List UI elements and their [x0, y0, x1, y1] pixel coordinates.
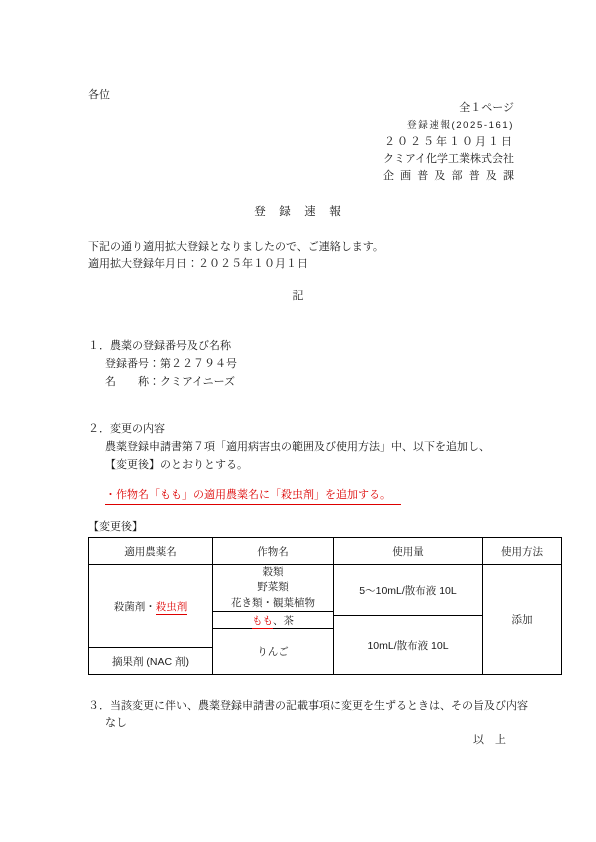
- crop-vegetables: 野菜類: [231, 580, 315, 596]
- table-header-crop: 作物名: [213, 538, 333, 565]
- crop-peach-red: もも: [252, 615, 273, 629]
- document-title: 登 録 速 報: [0, 203, 596, 219]
- agent-cell: 殺菌剤・殺虫剤: [89, 565, 212, 648]
- crops-group-cell: 穀類 野菜類 花き類・観葉植物: [213, 565, 333, 612]
- intro-line-1: 下記の通り適用拡大登録となりましたので、ご連絡します。: [88, 238, 384, 254]
- table-header-dosage: 使用量: [334, 538, 482, 565]
- method-cell: 添加: [483, 565, 561, 674]
- header-meta-block: 全１ページ 登録速報(2025-161) ２０２５年１０月１日 クミアイ化学工業…: [383, 100, 514, 185]
- crop-tea: 、茶: [273, 615, 294, 627]
- record-mark: 記: [0, 287, 596, 303]
- dosage-cell-1: 5～10mL/散布液 10L: [334, 565, 482, 616]
- column-dosage: 使用量 5～10mL/散布液 10L 10mL/散布液 10L: [334, 538, 483, 674]
- table-header-method: 使用方法: [483, 538, 561, 565]
- bulletin-number: 登録速報(2025-161): [383, 117, 514, 134]
- section3-line-1: ３．当該変更に伴い、農薬登録申請書の記載事項に変更を生ずるときは、その旨及び内容: [88, 697, 528, 713]
- agent-prefix: 殺菌剤・: [114, 601, 156, 613]
- page-count: 全１ページ: [383, 100, 514, 117]
- apple-cell: りんご: [213, 629, 333, 674]
- column-method: 使用方法 添加: [483, 538, 561, 674]
- table-header-agent: 適用農薬名: [89, 538, 212, 565]
- company-name: クミアイ化学工業株式会社: [383, 151, 514, 168]
- registration-number-line: 登録番号：第２２７９４号: [105, 355, 237, 371]
- section3-line-2: なし: [105, 714, 127, 730]
- application-table: 適用農薬名 殺菌剤・殺虫剤 摘果剤 (NAC 剤) 作物名 穀類 野菜類 花き類…: [88, 537, 562, 675]
- closing-mark: 以 上: [473, 731, 506, 747]
- change-note: ・作物名「もも」の適用農薬名に「殺虫剤」を追加する。: [105, 486, 401, 505]
- crop-grains: 穀類: [231, 565, 315, 581]
- issue-date: ２０２５年１０月１日: [383, 134, 514, 151]
- dosage-cell-2: 10mL/散布液 10L: [334, 616, 482, 674]
- column-crop: 作物名 穀類 野菜類 花き類・観葉植物 もも、茶 りんご: [213, 538, 334, 674]
- product-name-line: 名 称：クミアイニーズ: [105, 373, 235, 389]
- document-page: 各位 全１ページ 登録速報(2025-161) ２０２５年１０月１日 クミアイ化…: [0, 0, 596, 842]
- department-name: 企画普及部普及課: [383, 168, 514, 185]
- agent-added-red: 殺虫剤: [156, 601, 188, 615]
- thinning-agent-cell: 摘果剤 (NAC 剤): [89, 648, 212, 674]
- section2-heading: ２．変更の内容: [88, 420, 165, 436]
- section2-line-1: 農薬登録申請書第７項「適用病害虫の範囲及び使用方法」中、以下を追加し、: [105, 438, 490, 454]
- intro-line-2: 適用拡大登録年月日：２０２５年１０月１日: [88, 255, 308, 271]
- peach-tea-cell: もも、茶: [213, 612, 333, 629]
- column-agent: 適用農薬名 殺菌剤・殺虫剤 摘果剤 (NAC 剤): [89, 538, 213, 674]
- section1-heading: １．農薬の登録番号及び名称: [88, 337, 231, 353]
- recipient-label: 各位: [88, 86, 110, 102]
- crop-flowers: 花き類・観葉植物: [231, 596, 315, 612]
- section2-line-2: 【変更後】のとおりとする。: [105, 456, 248, 472]
- after-change-label: 【変更後】: [88, 518, 143, 534]
